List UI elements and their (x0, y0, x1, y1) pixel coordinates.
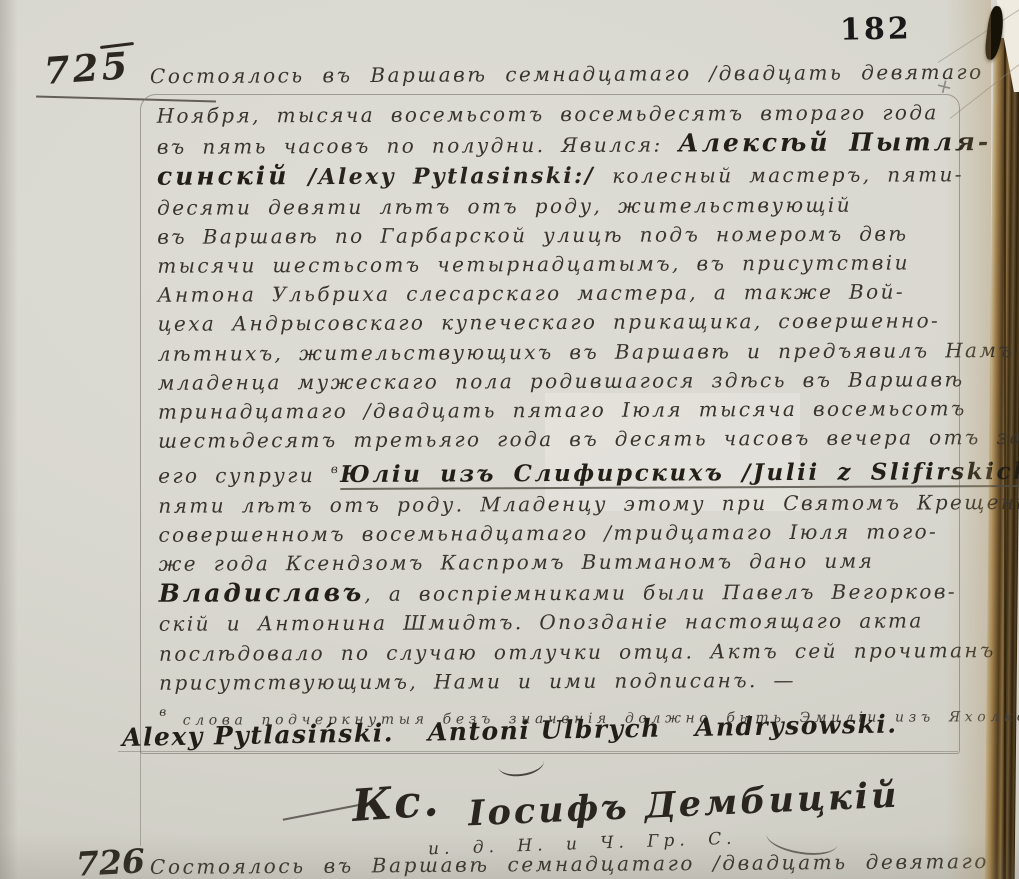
left-rule-extension (140, 740, 141, 846)
record-text-line: десяти девяти лѣтъ отъ роду, жительствую… (157, 190, 969, 223)
record-text-line: же года Ксендзомъ Каспромъ Витманомъ дан… (159, 546, 971, 579)
next-record-opening-line: Состоялось въ Варшавѣ семнадцатаго /двад… (150, 849, 990, 879)
witness-signature: Alexy Pytlasiński. (122, 718, 394, 752)
record-text-line: его супруги вЮліи изъ Слифирскихъ /Julii… (158, 453, 970, 492)
next-record-number: 726 (75, 841, 146, 879)
record-text-line: скій и Антонина Шмидтъ. Опозданіе настоя… (159, 607, 971, 640)
record-text-line: шестьдесятъ третьяго года въ десять часо… (158, 423, 970, 456)
record-opening-line: Состоялось въ Варшавѣ семнадцатаго /двад… (150, 60, 980, 88)
record-text-line: присутствующимъ, Нами и ими подписанъ. — (159, 665, 971, 698)
record-text-line: Антона Ульбриха слесарскаго мастера, а т… (157, 277, 969, 310)
record-text-line: совершенномъ восемьнадцатаго /тридцатаго… (158, 517, 970, 550)
record-text-line: лѣтнихъ, жительствующихъ въ Варшавѣ и пр… (158, 336, 970, 369)
witness-signature: Andrysowski. (695, 709, 898, 742)
record-text-line: въ Варшавѣ по Гарбарской улицѣ подъ номе… (157, 219, 969, 252)
record-text-line: въ пять часовъ по полудни. Явился: Алекс… (157, 127, 969, 162)
page-number: 182 (840, 11, 912, 47)
record-text-line: тринадцатаго /двадцать пятаго Іюля тысяч… (158, 394, 970, 427)
record-number: 725 (43, 43, 132, 93)
scan-shadow-left (0, 0, 18, 879)
record-text-line: послѣдовало по случаю отлучки отца. Актъ… (159, 636, 971, 669)
officiant-signature: Іосифъ Дембицкій (467, 775, 900, 835)
officiant-prefix: Кс. (350, 775, 441, 832)
record-text-line: Ноября, тысяча восемьсотъ восемьдесятъ в… (157, 98, 969, 131)
record-text-line: цеха Андрысовскаго купеческаго прикащика… (158, 307, 970, 340)
record-text-line: Владиславъ, а воспріемниками были Павелъ… (159, 575, 971, 610)
record-text-line: синскій /Alexy Pytlasinski:/ колесный ма… (157, 159, 969, 194)
scanned-register-page: + 182 725 Состоялось въ Варшавѣ семнадца… (0, 0, 1019, 879)
witness-signature: Antoni Ulbrych (428, 714, 662, 747)
frame-bottom-rule (118, 751, 958, 752)
record-text-line: младенца мужескаго пола родившагося здѣс… (158, 365, 970, 398)
entry-body-lines: Ноября, тысяча восемьсотъ восемьдесятъ в… (157, 98, 972, 736)
record-text-line: тысячи шестьсотъ четырнадцатымъ, въ прис… (157, 248, 969, 281)
record-text-line: пяти лѣтъ отъ роду. Младенцу этому при С… (158, 488, 970, 521)
